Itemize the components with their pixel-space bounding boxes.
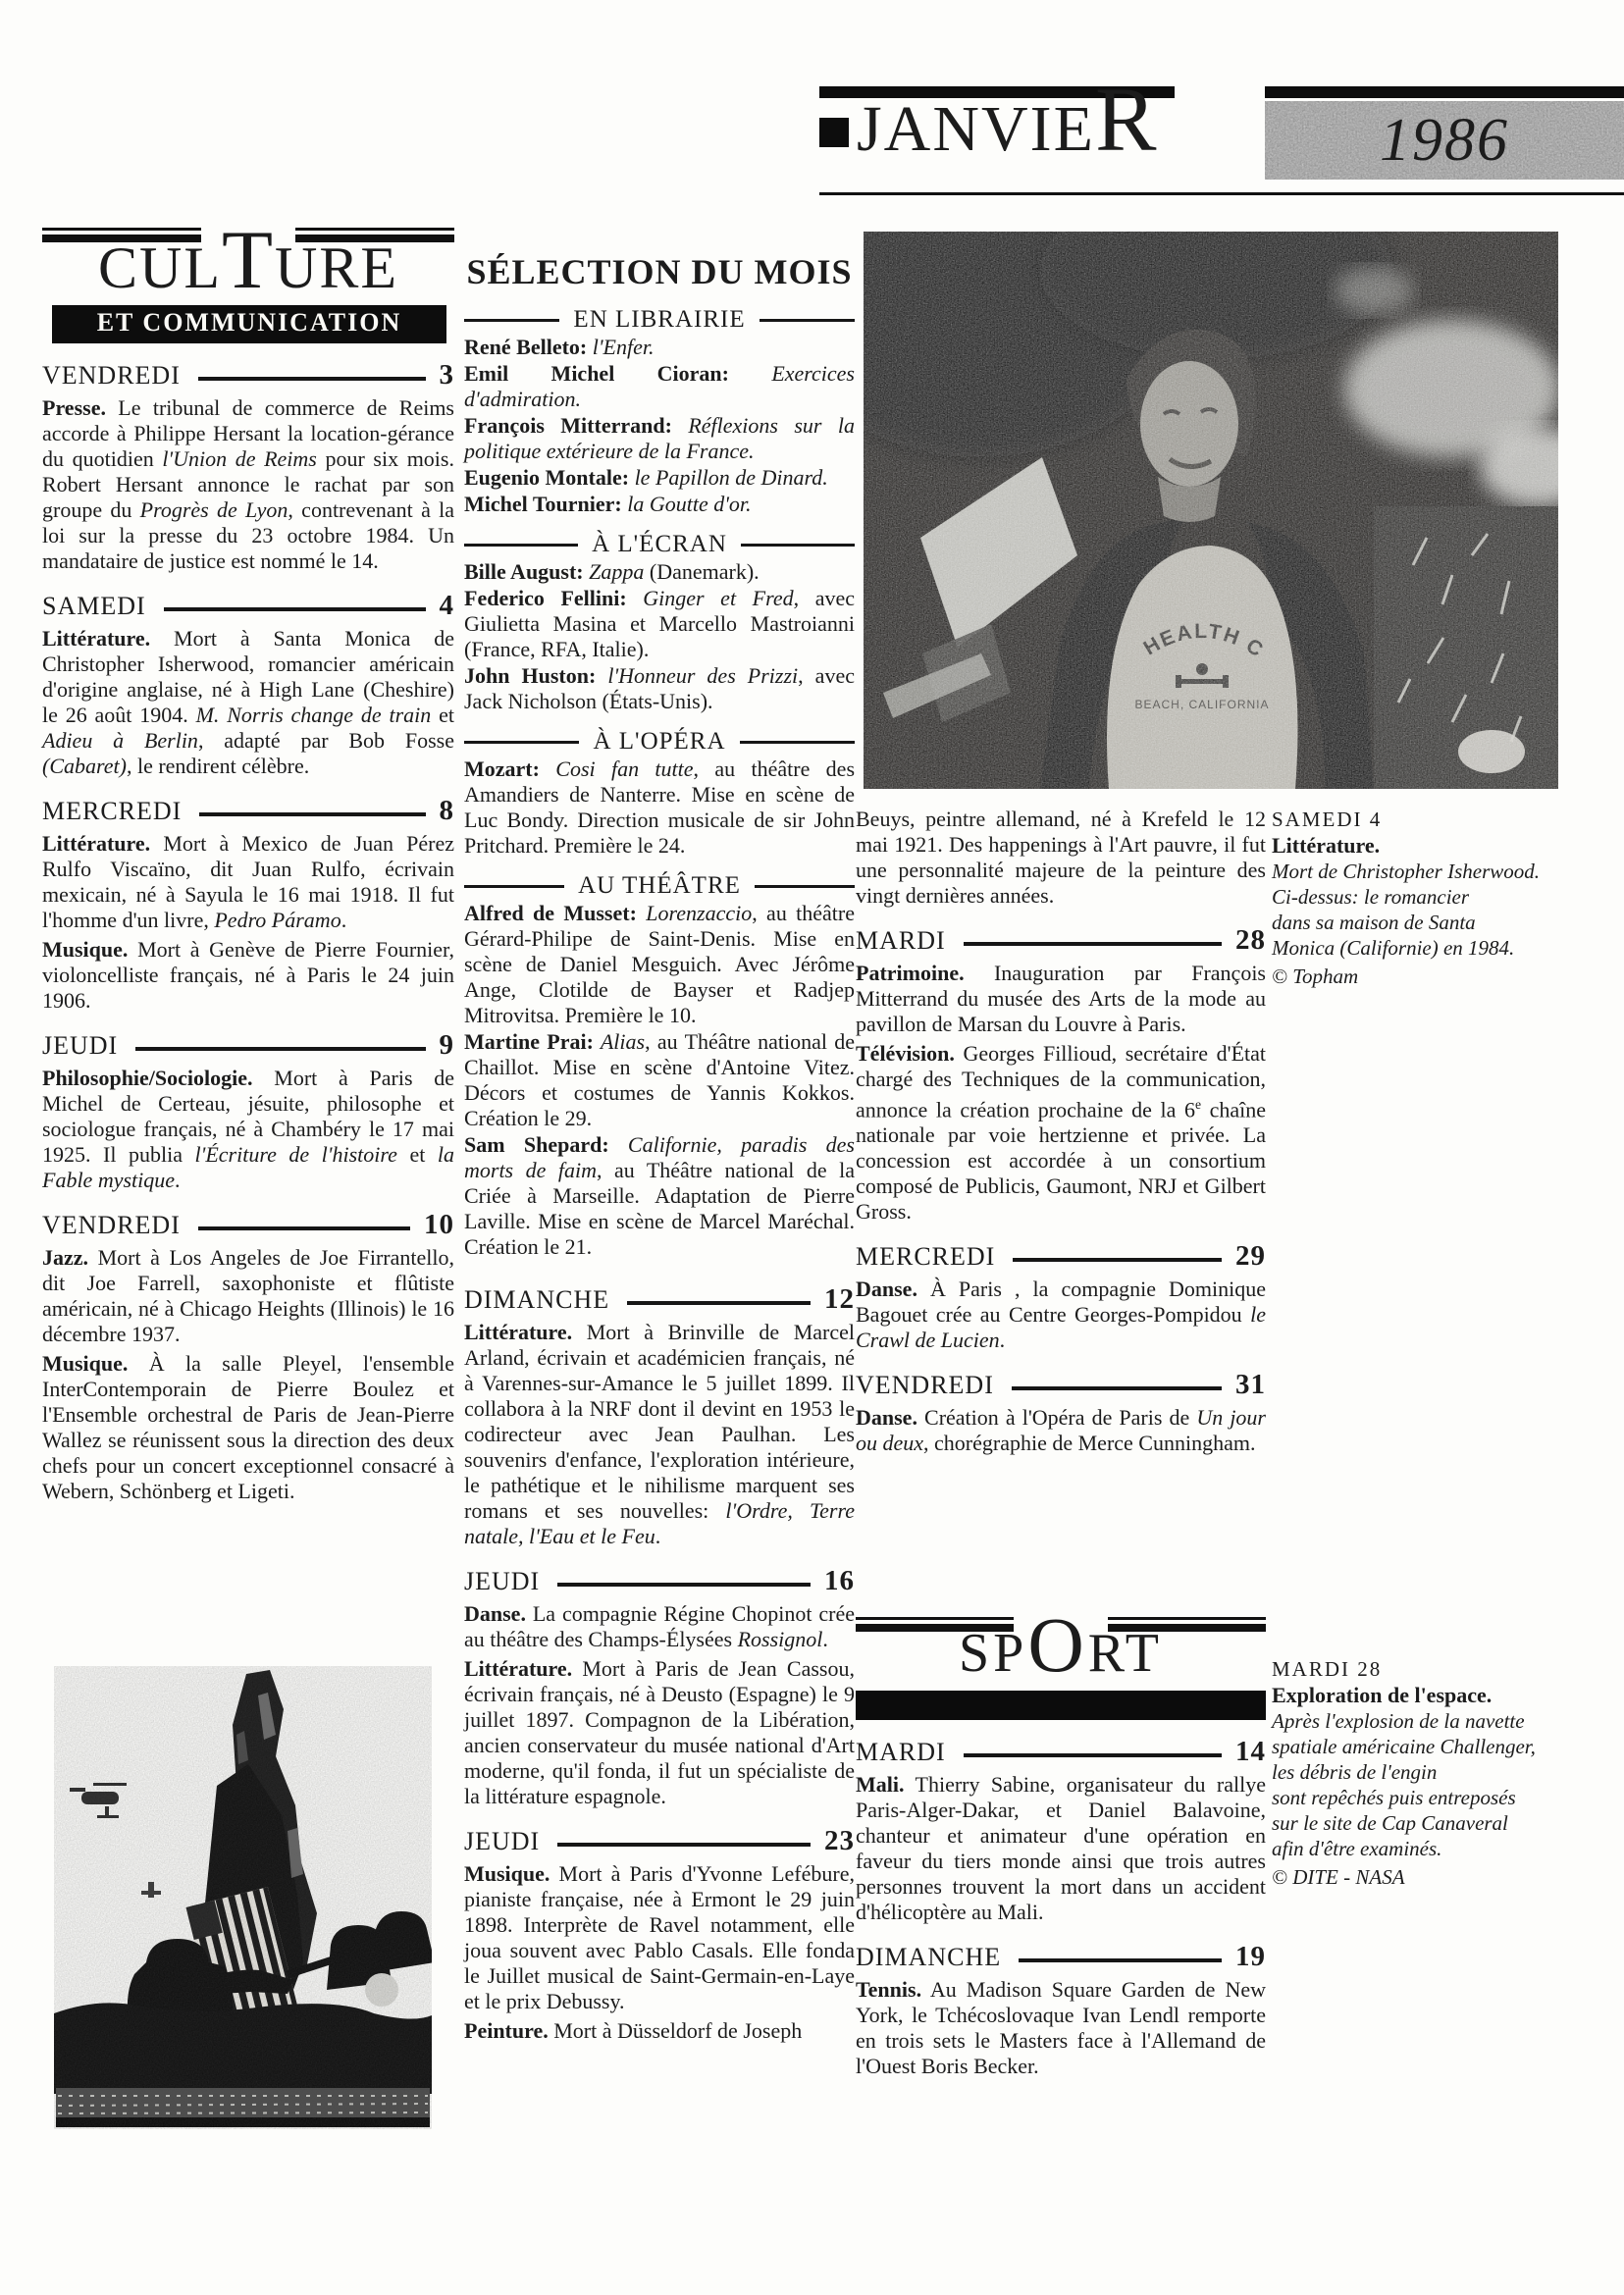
text-segment: et [431,703,454,727]
sport-title-part: SP [959,1623,1027,1684]
text-segment: Mozart: [464,756,540,781]
text-segment: . [822,1627,828,1651]
caption-kicker: SAMEDI 4 [1272,807,1605,832]
text-segment: , chorégraphie de Merce Cunningham. [923,1431,1255,1455]
sport-title: SPORT [856,1624,1266,1683]
entry-day-number: 23 [824,1825,855,1857]
caption-lead: Exploration de l'espace. [1272,1683,1605,1708]
entry-day-number: 8 [440,795,455,827]
subsection-rule-right [760,319,855,322]
caption-challenger: MARDI 28 Exploration de l'espace. Après … [1272,1656,1605,1890]
entry-paragraph: Danse. Création à l'Opéra de Paris de Un… [856,1405,1266,1456]
entry-day-number: 3 [440,359,455,391]
entry-paragraph: Mali. Thierry Sabine, organisateur du ra… [856,1772,1266,1925]
entry-day: SAMEDI [42,592,146,621]
month-name-text: JANVIE [857,93,1095,165]
entry-day-number: 29 [1235,1240,1266,1273]
text-segment: Création à l'Opéra de Paris de [917,1405,1196,1430]
text-segment: Mort à Brinville de Marcel Arland, écriv… [464,1320,855,1523]
text-segment: M. Norris change de train [196,703,432,727]
text-segment: Peinture. [464,2018,549,2043]
caption-line: spatiale américaine Challenger, [1272,1734,1605,1759]
caption-lead: Littérature. [1272,833,1605,859]
text-segment: (Danemark). [644,559,759,584]
calendar-entry: JEUDI 23 Musique. Mort à Paris d'Yvonne … [464,1825,855,2044]
entry-paragraph: Philosophie/Sociologie. Mort à Paris de … [42,1066,454,1193]
entry-paragraphs: Musique. Mort à Paris d'Yvonne Lefébure,… [464,1861,855,2044]
month-header: JANVIER 1986 [819,86,1624,180]
selection-title: SÉLECTION DU MOIS [464,251,855,292]
culture-section: CULTURE ET COMMUNICATION VENDREDI 3 Pres… [42,228,454,1504]
text-segment: Alfred de Musset: [464,901,637,925]
entry-paragraphs: Presse. Le tribunal de commerce de Reims… [42,395,454,574]
entry-paragraph: Télévision. Georges Fillioud, secrétaire… [856,1041,1266,1225]
subsection-items: Mozart: Cosi fan tutte, au théâtre des A… [464,756,855,859]
selection-subsection: AU THÉÂTRE Alfred de Musset: Lorenzaccio… [464,872,855,1260]
text-segment: Danse. [856,1405,917,1430]
culture-subtitle-bar: ET COMMUNICATION [52,305,446,343]
text-segment: Alias [594,1029,645,1054]
text-segment: Musique. [42,937,128,962]
entry-paragraph: Musique. À la salle Pleyel, l'ensemble I… [42,1351,454,1504]
text-segment: Philosophie/Sociologie. [42,1066,253,1090]
entry-day-number: 12 [824,1283,855,1316]
calendar-entry: SAMEDI 4 Littérature. Mort à Santa Monic… [42,590,454,779]
entry-day: MARDI [856,1738,946,1767]
subsection-rule-right [741,544,855,547]
entry-header: MERCREDI 8 [42,795,454,827]
text-segment: Jazz. [42,1245,88,1270]
text-segment: , le rendirent célèbre. [127,754,309,778]
entry-day: VENDREDI [42,361,181,391]
caption-line: afin d'être examinés. [1272,1836,1605,1861]
text-segment: Littérature. [42,626,150,651]
entry-paragraph: Musique. Mort à Paris d'Yvonne Lefébure,… [464,1861,855,2014]
text-segment: Littérature. [464,1656,572,1681]
entry-rule [964,1753,1222,1757]
entry-header: VENDREDI 31 [856,1369,1266,1401]
entry-paragraph: Littérature. Mort à Mexico de Juan Pérez… [42,831,454,933]
continuation-paragraph: Beuys, peintre allemand, né à Krefeld le… [856,807,1266,909]
entry-day: JEUDI [464,1567,540,1596]
caption-line: Mort de Christopher Isherwood. [1272,859,1605,884]
text-segment: , adapté par Bob Fosse [198,728,454,753]
text-segment: Danse. [856,1277,917,1301]
text-segment: Pedro Páramo [214,908,341,932]
text-segment: John Huston: [464,663,596,688]
calendar-entry: MARDI 28 Patrimoine. Inauguration par Fr… [856,924,1266,1225]
entry-header: MARDI 28 [856,924,1266,957]
text-segment: et [397,1142,438,1167]
text-segment: l'Union de Reims [162,446,317,471]
text-segment: Eugenio Montale: [464,465,629,490]
entry-day-number: 10 [424,1209,454,1241]
selection-item: Sam Shepard: Californie, paradis des mor… [464,1132,855,1260]
photo-isherwood-portrait: HEALTH CLUB BEACH, CALIFORNIA [864,232,1558,789]
entry-day: MARDI [856,926,946,956]
calendar-entry: DIMANCHE 19 Tennis. Au Madison Square Ga… [856,1941,1266,2079]
subsection-rule-left [464,741,579,744]
entry-day: JEUDI [464,1827,540,1856]
selection-subsections: EN LIBRAIRIE René Belleto: l'Enfer.Emil … [464,306,855,1260]
entry-header: JEUDI 9 [42,1029,454,1062]
entry-day: MERCREDI [856,1242,995,1272]
month-name: JANVIER [857,98,1158,161]
calendar-entry: VENDREDI 3 Presse. Le tribunal de commer… [42,359,454,574]
caption-isherwood: SAMEDI 4 Littérature. Mort de Christophe… [1272,807,1605,989]
entry-paragraph: Littérature. Mort à Paris de Jean Cassou… [464,1656,855,1809]
text-segment: À Paris , la compagnie Dominique Bagouet… [856,1277,1266,1327]
entry-rule [964,942,1222,946]
entry-paragraphs: Littérature. Mort à Santa Monica de Chri… [42,626,454,779]
selection-subsection: EN LIBRAIRIE René Belleto: l'Enfer.Emil … [464,306,855,517]
entry-day-number: 16 [824,1565,855,1597]
selection-item: John Huston: l'Honneur des Prizzi, avec … [464,663,855,714]
subsection-rule-right [740,741,855,744]
subsection-header: AU THÉÂTRE [464,872,855,900]
subsection-items: Alfred de Musset: Lorenzaccio, au théâtr… [464,901,855,1260]
text-segment: Ginger et Fred [627,586,794,610]
entry-rule [1013,1258,1222,1262]
subsection-rule-left [464,319,559,322]
text-segment: Musique. [464,1861,550,1886]
subsection-items: Bille August: Zappa (Danemark).Federico … [464,559,855,714]
sport-entries: MARDI 14 Mali. Thierry Sabine, organisat… [856,1736,1266,2079]
entry-day-number: 4 [440,590,455,622]
calendar-entry: JEUDI 9 Philosophie/Sociologie. Mort à P… [42,1029,454,1193]
entry-day: VENDREDI [856,1371,994,1400]
selection-item: Eugenio Montale: le Papillon de Dinard. [464,465,855,491]
entry-paragraph: Danse. À Paris , la compagnie Dominique … [856,1277,1266,1353]
entry-paragraph: Jazz. Mort à Los Angeles de Joe Firrante… [42,1245,454,1347]
right-entries: MARDI 28 Patrimoine. Inauguration par Fr… [856,924,1266,1456]
entry-header: DIMANCHE 19 [856,1941,1266,1973]
sport-section: SPORT MARDI 14 Mali. Thierry Sabine, org… [856,1617,1266,2079]
selection-item: Alfred de Musset: Lorenzaccio, au théâtr… [464,901,855,1028]
entry-header: DIMANCHE 12 [464,1283,855,1316]
selection-item: Federico Fellini: Ginger et Fred, avec G… [464,586,855,662]
text-segment: Mort à Düsseldorf de Joseph [549,2018,802,2043]
subsection-rule-right [755,885,855,888]
calendar-entry: VENDREDI 10 Jazz. Mort à Los Angeles de … [42,1209,454,1504]
text-segment: René Belleto: [464,335,587,359]
text-segment: le Papillon de Dinard. [629,465,828,490]
caption-line: dans sa maison de Santa [1272,910,1605,935]
entry-header: JEUDI 16 [464,1565,855,1597]
subsection-header: EN LIBRAIRIE [464,306,855,334]
selection-item: René Belleto: l'Enfer. [464,335,855,360]
text-segment: Cosi fan tutte [540,756,694,781]
caption-line: sur le site de Cap Canaveral [1272,1810,1605,1836]
entry-paragraph: Littérature. Mort à Brinville de Marcel … [464,1320,855,1549]
text-segment: . [175,1168,181,1192]
text-segment: Tennis. [856,1977,921,2002]
entry-day-number: 19 [1235,1941,1266,1973]
sport-title-bigletter: O [1027,1602,1087,1689]
caption-lines: Mort de Christopher Isherwood.Ci-dessus:… [1272,859,1605,961]
selection-subsection: À L'ÉCRAN Bille August: Zappa (Danemark)… [464,531,855,714]
entry-rule [1012,1386,1222,1390]
entry-paragraphs: Patrimoine. Inauguration par François Mi… [856,961,1266,1225]
entry-paragraphs: Jazz. Mort à Los Angeles de Joe Firrante… [42,1245,454,1504]
text-segment: François Mitterrand: [464,413,672,438]
culture-title: CULTURE [42,236,454,299]
black-square-bullet [819,118,849,147]
caption-line: sont repêchés puis entreposés [1272,1785,1605,1810]
subsection-items: René Belleto: l'Enfer.Emil Michel Cioran… [464,335,855,517]
selection-subsection: À L'OPÉRA Mozart: Cosi fan tutte, au thé… [464,728,855,859]
entry-header: VENDREDI 10 [42,1209,454,1241]
entry-header: JEUDI 23 [464,1825,855,1857]
entry-rule [198,1226,410,1230]
text-segment: Musique. [42,1351,128,1376]
subsection-label: EN LIBRAIRIE [559,306,759,334]
selection-section: SÉLECTION DU MOIS EN LIBRAIRIE René Bell… [464,251,855,2044]
entry-day: VENDREDI [42,1211,181,1240]
entry-paragraph: Tennis. Au Madison Square Garden de New … [856,1977,1266,2079]
text-segment: Adieu à Berlin [42,728,198,753]
entry-paragraphs: Littérature. Mort à Mexico de Juan Pérez… [42,831,454,1014]
calendar-entry: JEUDI 16 Danse. La compagnie Régine Chop… [464,1565,855,1809]
text-segment: l'Honneur des Prizzi [596,663,798,688]
entry-header: MARDI 14 [856,1736,1266,1768]
entry-rule [557,1583,811,1587]
sport-black-bar [856,1691,1266,1720]
entry-day-number: 9 [440,1029,455,1062]
text-segment: la Goutte d'or. [622,492,752,516]
calendar-entry: MERCREDI 29 Danse. À Paris , la compagni… [856,1240,1266,1353]
culture-subtitle-text: ET COMMUNICATION [97,308,402,337]
entry-paragraphs: Littérature. Mort à Brinville de Marcel … [464,1320,855,1549]
isherwood-portrait-illustration: HEALTH CLUB BEACH, CALIFORNIA [864,232,1558,789]
month-title: JANVIER [819,98,1259,161]
text-segment: l'Écriture de l'histoire [195,1142,397,1167]
culture-title-bigletter: T [222,214,275,306]
text-segment: Télévision. [856,1041,955,1066]
entry-paragraph: Presse. Le tribunal de commerce de Reims… [42,395,454,574]
subsection-rule-left [464,885,564,888]
sport-title-part: RT [1088,1623,1163,1684]
text-segment: . [655,1524,661,1548]
text-segment: (Cabaret) [42,754,127,778]
text-segment: Mort à Los Angeles de Joe Firrantello, d… [42,1245,454,1346]
entry-day: DIMANCHE [464,1285,609,1315]
entry-header: MERCREDI 29 [856,1240,1266,1273]
selection-item: Emil Michel Cioran: Exercices d'admirati… [464,361,855,412]
text-segment: Rossignol [738,1627,823,1651]
culture-title-part: URE [275,235,398,300]
entry-paragraphs: Danse. La compagnie Régine Chopinot crée… [464,1601,855,1809]
calendar-entry: DIMANCHE 12 Littérature. Mort à Brinvill… [464,1283,855,1549]
header-underline [819,192,1624,195]
selection-item: François Mitterrand: Réflexions sur la p… [464,413,855,464]
photo-credit: © DITE - NASA [1272,1864,1605,1890]
entry-rule [557,1843,811,1847]
entry-rule [135,1047,425,1051]
year-block: 1986 [1265,86,1624,180]
text-segment: Zappa [584,559,645,584]
entry-day-number: 14 [1235,1736,1266,1768]
text-segment: Littérature. [42,831,150,856]
calendar-entry: MARDI 14 Mali. Thierry Sabine, organisat… [856,1736,1266,1925]
entry-header: VENDREDI 3 [42,359,454,391]
year-text: 1986 [1265,101,1624,180]
text-segment: Lorenzaccio [637,901,752,925]
entry-paragraphs: Danse. À Paris , la compagnie Dominique … [856,1277,1266,1353]
entry-paragraphs: Philosophie/Sociologie. Mort à Paris de … [42,1066,454,1193]
entry-day: JEUDI [42,1031,118,1061]
caption-lines: Après l'explosion de la navettespatiale … [1272,1708,1605,1861]
entry-rule [1019,1958,1222,1962]
entry-paragraph: Patrimoine. Inauguration par François Mi… [856,961,1266,1037]
selection-item: Bille August: Zappa (Danemark). [464,559,855,585]
selection-item: Michel Tournier: la Goutte d'or. [464,492,855,517]
calendar-entry: VENDREDI 31 Danse. Création à l'Opéra de… [856,1369,1266,1456]
entry-paragraph: Peinture. Mort à Düsseldorf de Joseph [464,2018,855,2044]
subsection-header: À L'ÉCRAN [464,531,855,558]
photo-challenger-debris [54,1666,432,2230]
caption-line: Ci-dessus: le romancier [1272,884,1605,910]
entry-day: DIMANCHE [856,1943,1001,1972]
text-segment: Mali. [856,1772,905,1797]
text-segment: Bille August: [464,559,584,584]
entry-rule [627,1301,811,1305]
entry-paragraphs: Mali. Thierry Sabine, organisateur du ra… [856,1772,1266,1925]
magazine-page: JANVIER 1986 [0,0,1624,2295]
caption-line: Monica (Californie) en 1984. [1272,935,1605,961]
caption-line: les débris de l'engin [1272,1759,1605,1785]
entry-header: SAMEDI 4 [42,590,454,622]
right-column: Beuys, peintre allemand, né à Krefeld le… [856,807,1266,1456]
text-segment: Martine Prai: [464,1029,594,1054]
entry-paragraph: Musique. Mort à Genève de Pierre Fournie… [42,937,454,1014]
text-segment: Presse. [42,395,106,420]
challenger-debris-illustration [54,1666,432,2230]
photo-credit: © Topham [1272,964,1605,989]
header-rule-right [1265,86,1624,98]
subsection-header: À L'OPÉRA [464,728,855,756]
entry-paragraph: Littérature. Mort à Santa Monica de Chri… [42,626,454,779]
subsection-label: AU THÉÂTRE [564,872,755,900]
entry-paragraphs: Tennis. Au Madison Square Garden de New … [856,1977,1266,2079]
selection-item: Mozart: Cosi fan tutte, au théâtre des A… [464,756,855,859]
selection-item: Martine Prai: Alias, au Théâtre national… [464,1029,855,1131]
caption-kicker: MARDI 28 [1272,1656,1605,1682]
entry-day: MERCREDI [42,797,182,826]
culture-title-part: CUL [98,235,222,300]
month-title-block: JANVIER [819,86,1259,180]
text-segment: Sam Shepard: [464,1132,609,1157]
text-segment: Thierry Sabine, organisateur du rallye P… [856,1772,1266,1924]
caption-line: Après l'explosion de la navette [1272,1708,1605,1734]
text-segment: Patrimoine. [856,961,965,985]
text-segment: Michel Tournier: [464,492,622,516]
text-segment: Danse. [464,1601,526,1626]
text-segment: Progrès de Lyon [140,497,288,522]
text-segment: Beuys, peintre allemand, né à Krefeld le… [856,807,1266,908]
entry-paragraph: Danse. La compagnie Régine Chopinot crée… [464,1601,855,1652]
text-segment: Emil Michel Cioran: [464,361,729,386]
selection-entries: DIMANCHE 12 Littérature. Mort à Brinvill… [464,1283,855,2044]
text-segment: . [341,908,347,932]
culture-entries: VENDREDI 3 Presse. Le tribunal de commer… [42,359,454,1504]
entry-day-number: 31 [1235,1369,1266,1401]
text-segment: . [1000,1328,1006,1352]
text-segment: Littérature. [464,1320,572,1344]
entry-rule [199,812,425,816]
entry-paragraphs: Danse. Création à l'Opéra de Paris de Un… [856,1405,1266,1456]
subsection-rule-left [464,544,578,547]
entry-rule [164,607,426,611]
month-name-bigletter: R [1095,69,1159,171]
subsection-label: À L'OPÉRA [579,728,739,756]
text-segment: Federico Fellini: [464,586,627,610]
calendar-entry: MERCREDI 8 Littérature. Mort à Mexico de… [42,795,454,1014]
subsection-label: À L'ÉCRAN [578,531,741,558]
entry-rule [198,377,426,381]
entry-day-number: 28 [1235,924,1266,957]
text-segment: l'Enfer. [587,335,654,359]
year-badge: 1986 [1265,101,1624,180]
